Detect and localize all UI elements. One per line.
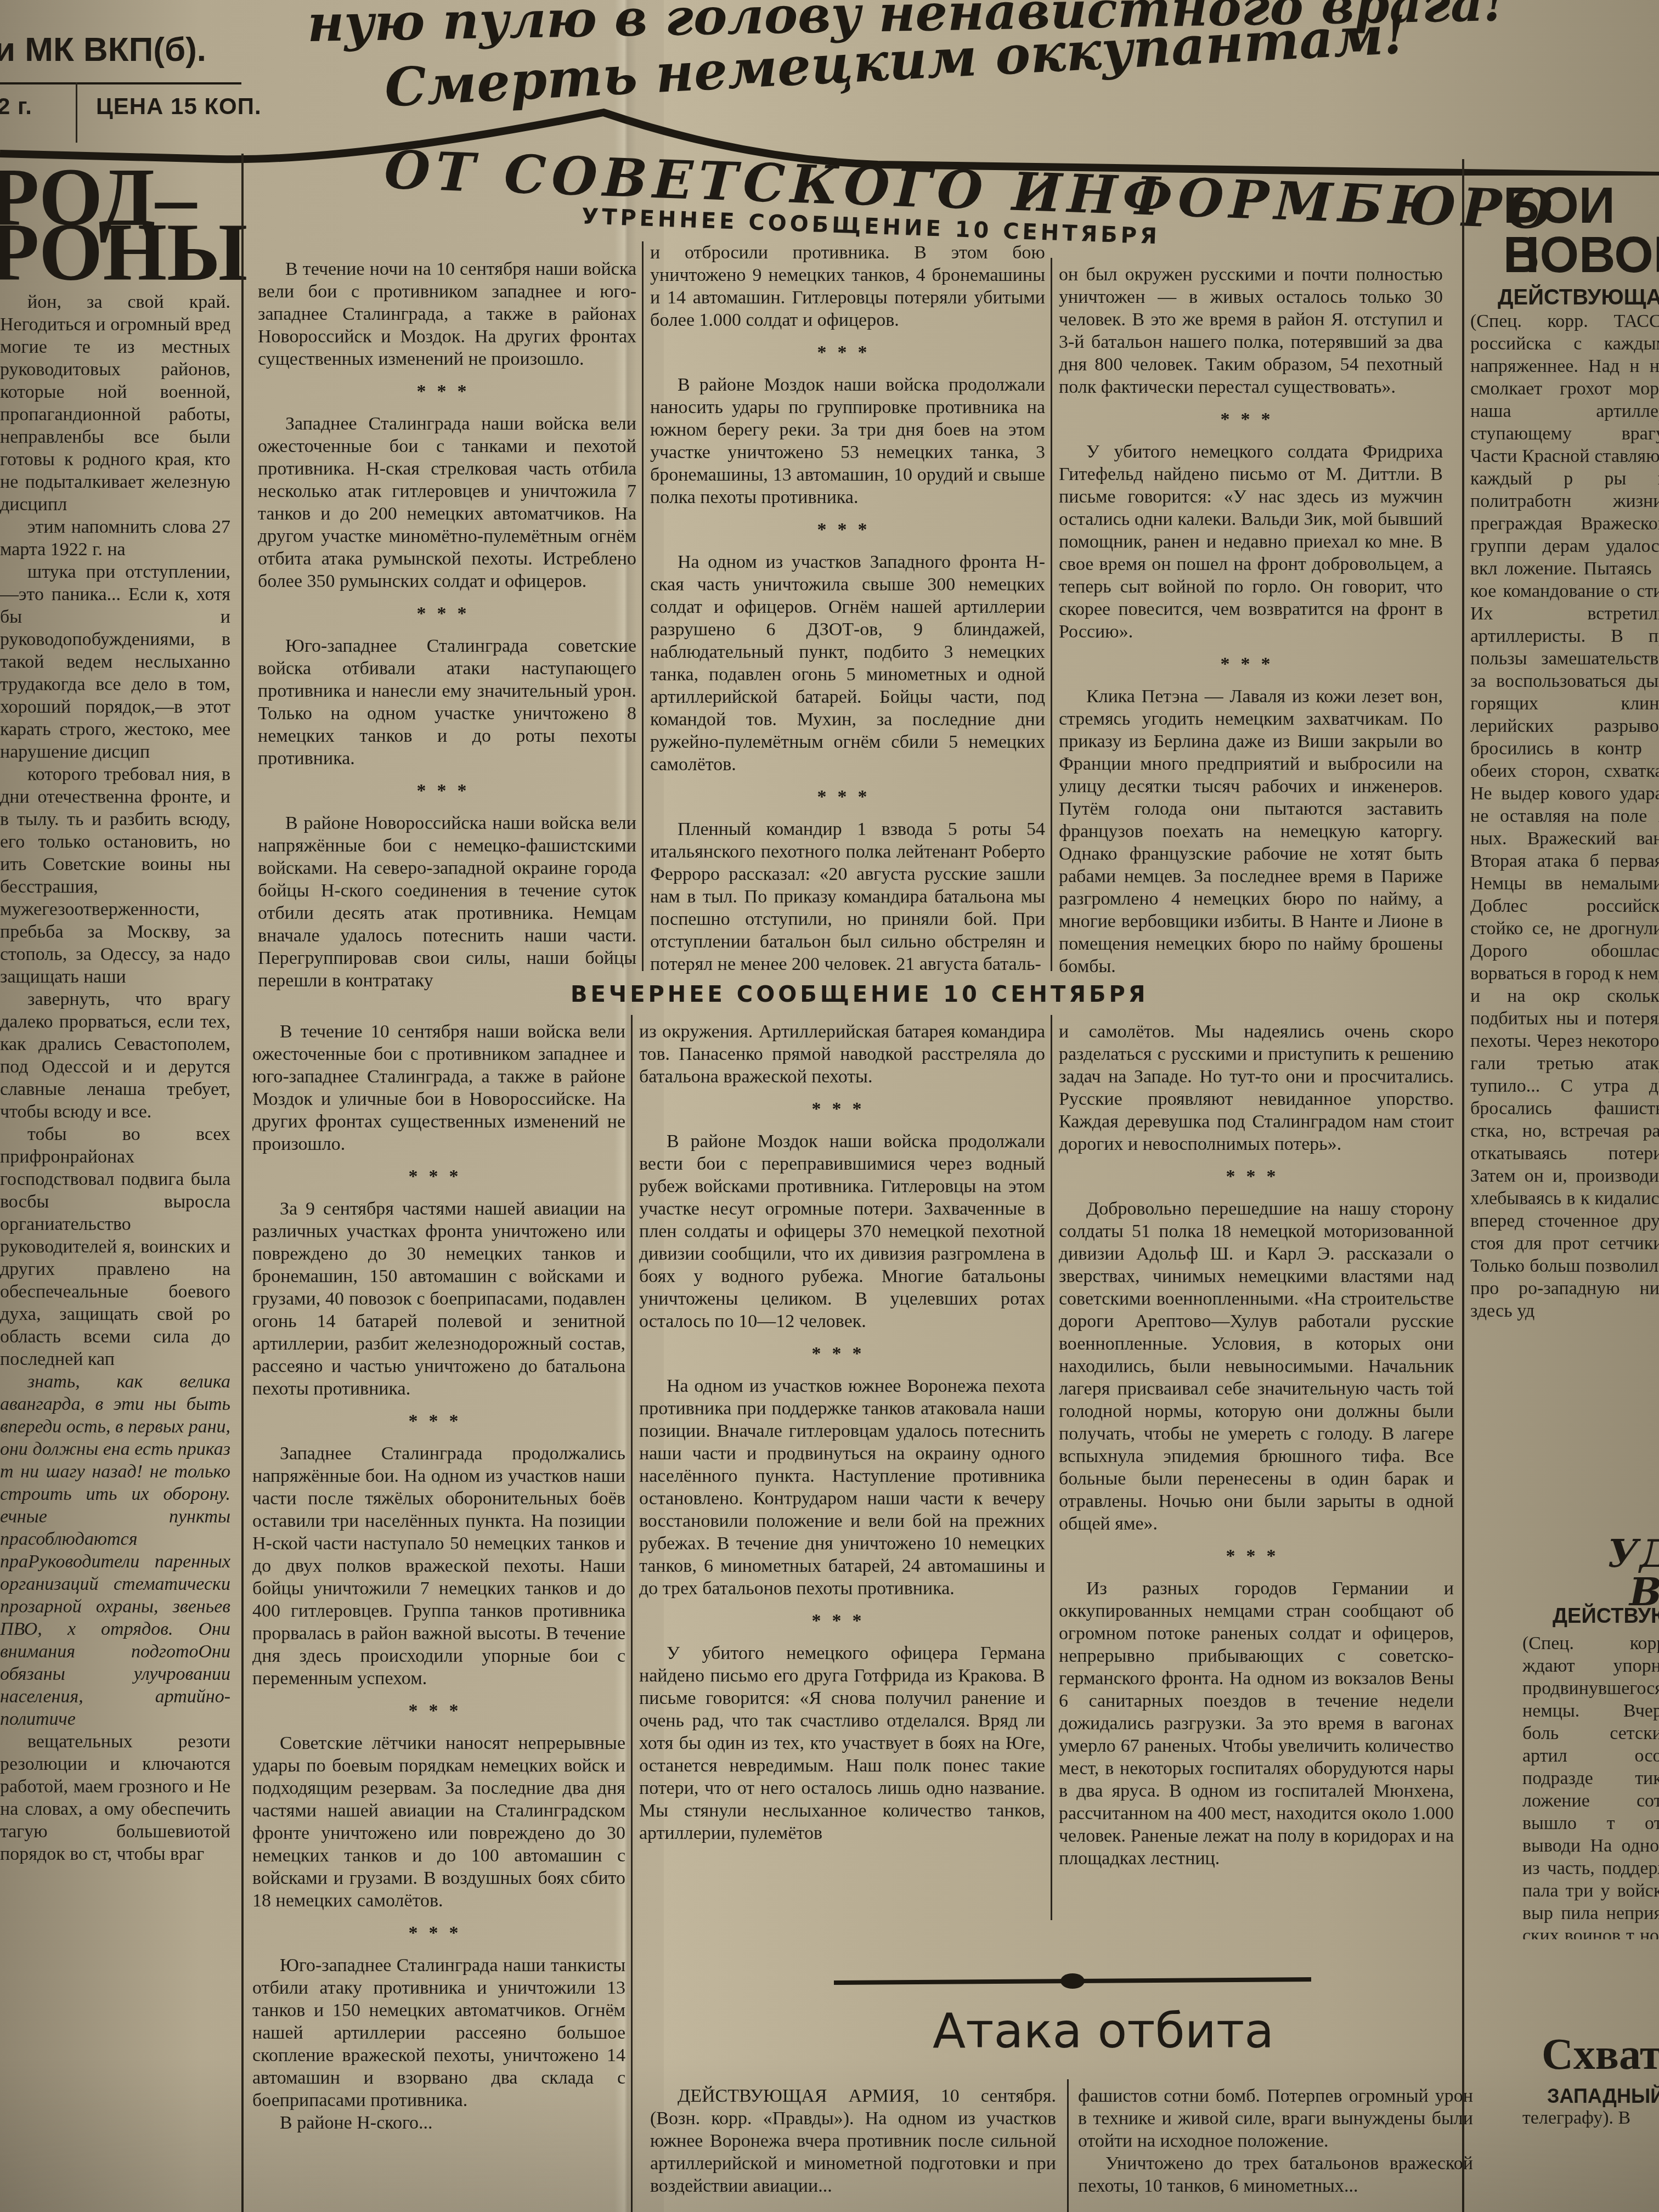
separator-stars: *** (639, 1098, 1045, 1120)
separator-stars: *** (252, 1165, 625, 1188)
separator-stars: *** (639, 1610, 1045, 1632)
paragraph: Западнее Сталинграда продолжались напряж… (252, 1442, 625, 1690)
ataka-headline: Атака отбита (933, 2002, 1274, 2059)
left-headline-line-2: РОНЫ (0, 214, 247, 291)
right-headline-1-line-2: НОВОРО (1503, 230, 1659, 280)
separator-stars: *** (639, 1342, 1045, 1365)
paragraph: У убитого немецкого солдата Фридриха Гит… (1059, 441, 1443, 643)
evening-header: ВЕЧЕРНЕЕ СООБЩЕНИЕ 10 СЕНТЯБРЯ (571, 982, 1149, 1007)
paragraph: Пленный командир 1 взвода 5 роты 54 итал… (650, 818, 1045, 975)
morning-column-1: В течение ночи на 10 сентября наши войск… (258, 258, 636, 992)
paragraph: Добровольно перешедшие на нашу сторону с… (1059, 1198, 1454, 1535)
separator-stars: *** (258, 602, 636, 625)
paragraph: и самолётов. Мы надеялись очень скоро ра… (1059, 1020, 1454, 1155)
paragraph: В течение ночи на 10 сентября наши войск… (258, 258, 636, 370)
paragraph: В районе Моздок наши войска продолжали н… (650, 374, 1045, 509)
morning-column-3: он был окружен русскими и почти полность… (1059, 263, 1443, 978)
paragraph: из окружения. Артиллерийская батарея ком… (639, 1020, 1045, 1088)
column-divider (1051, 258, 1052, 971)
paragraph: знать, как велика авангарда, в эти ны бы… (0, 1370, 230, 1730)
paragraph: которого требовал ния, в дни отечественн… (0, 763, 230, 988)
paragraph: и отбросили противника. В этом бою уничт… (650, 241, 1045, 331)
paragraph: У убитого немецкого офицера Германа найд… (639, 1642, 1045, 1844)
separator-stars: *** (1059, 1165, 1454, 1188)
paragraph: (Спец. корр. ТАСС) российска с каждым на… (1470, 310, 1659, 1322)
paragraph: тобы во всех прифронрайонах господствова… (0, 1123, 230, 1370)
paragraph: Клика Петэна — Лаваля из кожи лезет вон,… (1059, 685, 1443, 978)
paragraph: Юго-западнее Сталинграда советские войск… (258, 635, 636, 770)
separator-stars: *** (650, 518, 1045, 541)
paragraph: йон, за свой край. Негодиться и огромный… (0, 291, 230, 516)
paragraph: штука при отступлении,—это паника... Есл… (0, 561, 230, 763)
column-divider (631, 1015, 633, 2212)
right-story-1: (Спец. корр. ТАСС) российска с каждым на… (1470, 310, 1659, 1473)
evening-column-2: из окружения. Артиллерийская батарея ком… (639, 1020, 1045, 1844)
publisher-line: и МК ВКП(б). (0, 30, 206, 69)
separator-stars: *** (252, 1922, 625, 1944)
right-story-2: (Спец. корр. ждают упорно продвинувшегос… (1522, 1632, 1659, 1939)
paragraph: За 9 сентября частями нашей авиации на р… (252, 1198, 625, 1400)
page-shadow (0, 2057, 1659, 2212)
paragraph: В районе Моздок наши войска продолжали в… (639, 1130, 1045, 1333)
column-divider (1051, 1015, 1052, 1920)
separator-stars: *** (258, 780, 636, 802)
separator-stars: *** (650, 786, 1045, 808)
separator-stars: *** (650, 341, 1045, 364)
paragraph: завернуть, что врагу далеко прорваться, … (0, 988, 230, 1123)
column-divider (642, 241, 644, 971)
paragraph: На одном из участков южнее Воронежа пехо… (639, 1375, 1045, 1600)
paragraph: На одном из участков Западного фронта Н-… (650, 551, 1045, 776)
right-dateline-2: ДЕЙСТВУЮ (1553, 1605, 1659, 1628)
paragraph: вещательных резоти резолюции и ключаются… (0, 1730, 230, 1865)
separator-stars: *** (252, 1700, 625, 1722)
paragraph: Из разных городов Германии и оккупирован… (1059, 1577, 1454, 1870)
masthead-rule (0, 82, 241, 84)
paragraph: он был окружен русскими и почти полность… (1059, 263, 1443, 398)
paragraph: этим напомнить слова 27 марта 1922 г. на (0, 516, 230, 561)
column-divider (1462, 159, 1464, 2212)
paragraph: Западнее Сталинграда наши войска вели ож… (258, 413, 636, 592)
right-dateline-1: ДЕЙСТВУЮЩАЯ (1498, 285, 1659, 310)
separator-stars: *** (1059, 408, 1443, 431)
morning-column-2: и отбросили противника. В этом бою уничт… (650, 241, 1045, 975)
evening-column-3: и самолётов. Мы надеялись очень скоро ра… (1059, 1020, 1454, 1870)
left-article-body: йон, за свой край. Негодиться и огромный… (0, 291, 230, 1865)
evening-column-1: В течение 10 сентября наши войска вели о… (252, 1020, 625, 2134)
paragraph: В течение 10 сентября наши войска вели о… (252, 1020, 625, 1155)
separator-stars: *** (258, 380, 636, 403)
ornamental-rule (828, 1970, 1322, 1991)
column-divider (241, 154, 244, 2212)
paragraph: Советские лётчики наносят непрерывные уд… (252, 1732, 625, 1912)
separator-stars: *** (252, 1410, 625, 1432)
separator-stars: *** (1059, 653, 1443, 675)
paragraph: (Спец. корр. ждают упорно продвинувшегос… (1522, 1632, 1659, 1939)
paragraph: В районе Новороссийска наши войска вели … (258, 812, 636, 992)
separator-stars: *** (1059, 1545, 1454, 1567)
